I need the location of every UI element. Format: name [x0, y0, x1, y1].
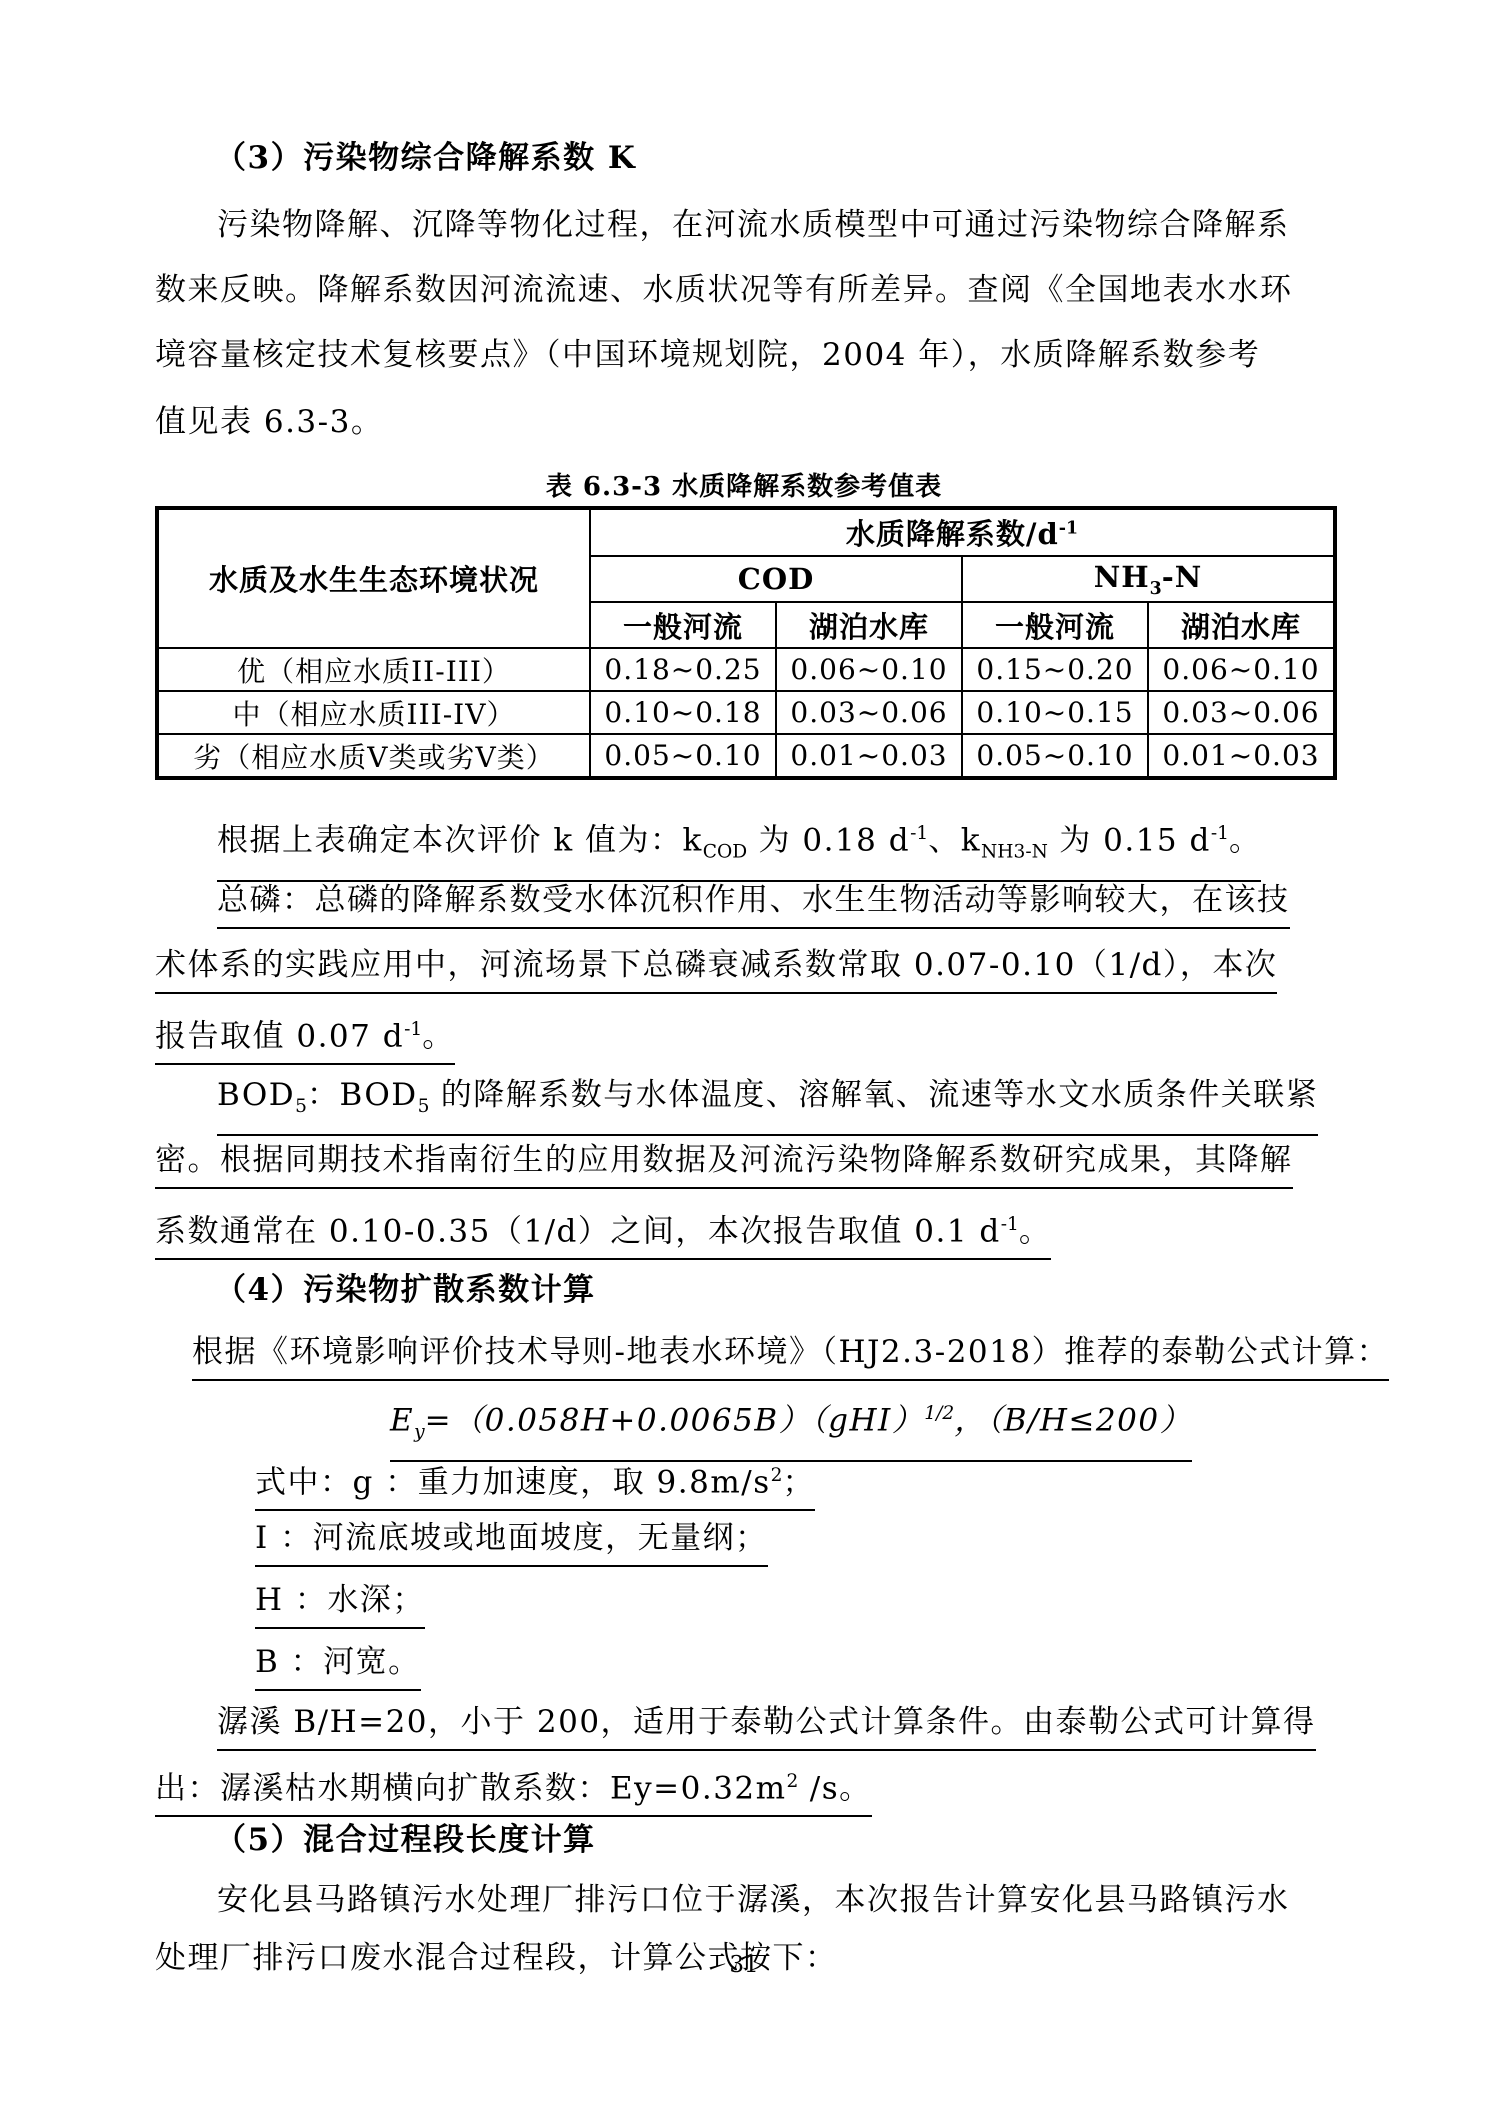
- bod5-para-line1: BOD5：BOD5 的降解系数与水体温度、溶解氧、流速等水文水质条件关联紧: [217, 1073, 1318, 1136]
- formula-note-i: I ：河流底坡或地面坡度，无量纲；: [255, 1516, 768, 1567]
- chanxi-para-line2: 出：潺溪枯水期横向扩散系数：Ey=0.32m2 /s。: [155, 1760, 872, 1817]
- degradation-coefficient-table: 水质及水生生态环境状况 水质降解系数/d-1 COD NH3-N 一般河流 湖泊…: [155, 506, 1337, 780]
- cell-value: 0.18~0.25: [590, 648, 776, 691]
- section3-para-line3: 境容量核定技术复核要点》（中国环境规划院，2004 年），水质降解系数参考: [155, 333, 1260, 377]
- table-subheader-lake-2: 湖泊水库: [1148, 602, 1335, 648]
- cell-value: 0.03~0.06: [776, 691, 962, 734]
- cell-value: 0.06~0.10: [776, 648, 962, 691]
- cell-value: 0.05~0.10: [590, 734, 776, 778]
- table-row: 优（相应水质II-III） 0.18~0.25 0.06~0.10 0.15~0…: [157, 648, 1335, 691]
- table-row: 劣（相应水质V类或劣V类） 0.05~0.10 0.01~0.03 0.05~0…: [157, 734, 1335, 778]
- section5-heading: （5）混合过程段长度计算: [215, 1818, 596, 1862]
- document-page: （3）污染物综合降解系数 K 污染物降解、沉降等物化过程，在河流水质模型中可通过…: [0, 0, 1488, 2104]
- cell-value: 0.10~0.18: [590, 691, 776, 734]
- taylor-formula-intro: 根据《环境影响评价技术导则-地表水环境》（HJ2.3-2018）推荐的泰勒公式计…: [192, 1330, 1389, 1381]
- tp-para-line1: 总磷：总磷的降解系数受水体沉积作用、水生生物活动等影响较大，在该技: [217, 878, 1290, 929]
- taylor-formula: Ey=（0.058H+0.0065B）（gHI）1/2，（B/H≤200）: [390, 1392, 1192, 1462]
- table-subheader-river-2: 一般河流: [962, 602, 1148, 648]
- section3-para-line4: 值见表 6.3-3。: [155, 400, 383, 444]
- row-label: 中（相应水质III-IV）: [157, 691, 590, 734]
- table-header-coefficient: 水质降解系数/d-1: [590, 508, 1335, 556]
- table-subheader-river-1: 一般河流: [590, 602, 776, 648]
- table-header-nh3n: NH3-N: [962, 556, 1335, 602]
- formula-note-b: B ：河宽。: [255, 1640, 421, 1691]
- section4-heading: （4）污染物扩散系数计算: [215, 1268, 596, 1312]
- cell-value: 0.01~0.03: [776, 734, 962, 778]
- row-label: 劣（相应水质V类或劣V类）: [157, 734, 590, 778]
- page-number: 31: [0, 1952, 1488, 1978]
- cell-value: 0.06~0.10: [1148, 648, 1335, 691]
- table-title: 表 6.3-3 水质降解系数参考值表: [155, 466, 1333, 503]
- section5-para-line1: 安化县马路镇污水处理厂排污口位于潺溪，本次报告计算安化县马路镇污水: [217, 1878, 1290, 1922]
- table-header-env-status: 水质及水生生态环境状况: [157, 508, 590, 648]
- cell-value: 0.01~0.03: [1148, 734, 1335, 778]
- table-subheader-lake-1: 湖泊水库: [776, 602, 962, 648]
- cell-value: 0.03~0.06: [1148, 691, 1335, 734]
- section3-para-line1: 污染物降解、沉降等物化过程，在河流水质模型中可通过污染物综合降解系: [217, 203, 1290, 247]
- table-row: 中（相应水质III-IV） 0.10~0.18 0.03~0.06 0.10~0…: [157, 691, 1335, 734]
- section3-heading: （3）污染物综合降解系数 K: [215, 136, 636, 180]
- cell-value: 0.10~0.15: [962, 691, 1148, 734]
- formula-note-h: H ：水深；: [255, 1578, 425, 1629]
- section3-para-line2: 数来反映。降解系数因河流流速、水质状况等有所差异。查阅《全国地表水水环: [155, 268, 1293, 312]
- bod5-para-line3: 系数通常在 0.10-0.35（1/d）之间，本次报告取值 0.1 d-1。: [155, 1203, 1051, 1260]
- bod5-para-line2: 密。根据同期技术指南衍生的应用数据及河流污染物降解系数研究成果，其降解: [155, 1138, 1293, 1189]
- tp-para-line3: 报告取值 0.07 d-1。: [155, 1008, 455, 1065]
- cell-value: 0.05~0.10: [962, 734, 1148, 778]
- row-label: 优（相应水质II-III）: [157, 648, 590, 691]
- formula-note-g: 式中：g ：重力加速度，取 9.8m/s2；: [255, 1454, 815, 1511]
- k-value-line: 根据上表确定本次评价 k 值为：kCOD 为 0.18 d-1、kNH3-N 为…: [217, 812, 1261, 882]
- table-header-cod: COD: [590, 556, 962, 602]
- cell-value: 0.15~0.20: [962, 648, 1148, 691]
- tp-para-line2: 术体系的实践应用中，河流场景下总磷衰减系数常取 0.07-0.10（1/d），本…: [155, 943, 1277, 994]
- chanxi-para-line1: 潺溪 B/H=20，小于 200，适用于泰勒公式计算条件。由泰勒公式可计算得: [217, 1700, 1316, 1751]
